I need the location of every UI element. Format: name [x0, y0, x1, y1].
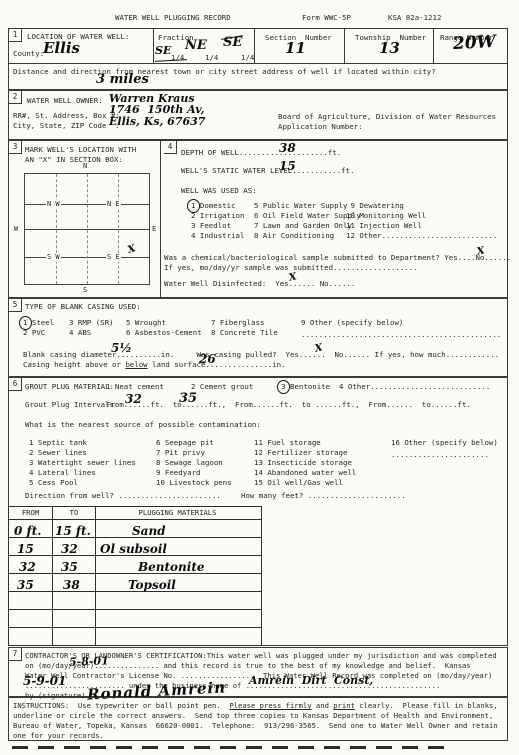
- form-number: Form WWC-5P: [302, 13, 351, 23]
- disinfected-line: Water Well Disinfected: Yes...... No....…: [164, 279, 355, 289]
- grout-intervals-label: Grout Plug Intervals:: [25, 400, 118, 410]
- from-value-handwritten: 0 ft.: [9, 525, 41, 537]
- contamination-option: 11 Fuel storage: [254, 438, 321, 448]
- county-value-handwritten: Ellis: [43, 41, 80, 56]
- interval-from-value-handwritten: 32: [125, 393, 142, 405]
- static-water-level-line: WELL'S STATIC WATER LEVEL...........ft.: [181, 166, 355, 176]
- table-row: 15 32 Ol subsoil: [9, 537, 261, 555]
- section5-casing-box: 5 TYPE OF BLANK CASING USED: 1 Steel 3 R…: [8, 298, 508, 377]
- section7-certification-box: 7 CONTRACTOR'S OR LANDOWNER'S CERTIFICAT…: [8, 647, 508, 697]
- application-number-label: Application Number:: [278, 122, 363, 132]
- use-option: 5 Public Water Supply: [254, 201, 347, 211]
- instructions-text: INSTRUCTIONS: Use typewriter or ball poi…: [13, 701, 229, 710]
- contamination-question: What is the nearest source of possible c…: [25, 420, 261, 430]
- plugging-materials-table: FROM TO PLUGGING MATERIALS 0 ft. 15 ft. …: [8, 506, 262, 646]
- divider: [160, 141, 161, 297]
- form-statute: KSA 82a-1212: [388, 13, 441, 23]
- direction-from-well-label: Direction from well? ...................…: [25, 491, 221, 501]
- casing-option: 9 Other (specify below): [301, 318, 403, 328]
- divider: [153, 29, 154, 63]
- material-cell: Sand: [96, 520, 259, 537]
- scan-artifact-line: [12, 746, 452, 749]
- casing-option: 5 Wrought: [126, 318, 166, 328]
- casing-option: 8 Concrete Tile: [211, 328, 278, 338]
- contamination-option: 8 Sewage lagoon: [156, 458, 223, 468]
- from-value-handwritten: 35: [9, 579, 34, 591]
- compass-south-label: S: [82, 286, 88, 295]
- materials-column-header: PLUGGING MATERIALS: [96, 507, 259, 519]
- casing-option: 4 ABS: [69, 328, 91, 338]
- to-value-handwritten: 15 ft.: [53, 525, 91, 537]
- section3-title-line2: AN "X" IN SECTION BOX:: [25, 155, 123, 165]
- table-header-row: FROM TO PLUGGING MATERIALS: [9, 507, 261, 519]
- to-cell: 35: [53, 556, 96, 573]
- compass-north-label: N: [82, 162, 88, 171]
- section4-number-badge: 4: [164, 141, 177, 154]
- compass-southwest-label: S W: [46, 253, 61, 262]
- to-value-handwritten: 38: [53, 579, 80, 591]
- casing-diameter-value-handwritten: 5½: [111, 342, 132, 354]
- divider: [9, 63, 507, 64]
- from-cell: 15: [9, 538, 53, 555]
- contamination-option: 15 Oil well/Gas well: [254, 478, 343, 488]
- use-option: 3 Feedlot: [191, 221, 231, 231]
- to-cell: 32: [53, 538, 96, 555]
- casing-option: 2 PVC: [23, 328, 45, 338]
- section7-number-badge: 7: [9, 648, 22, 661]
- address-line1-handwritten: 1746 150th Av,: [109, 104, 205, 115]
- divider: [344, 29, 345, 63]
- business-name-handwritten: Amrein Dirt Const,: [249, 675, 373, 686]
- date-completed-handwritten: 5-9-01: [23, 675, 66, 687]
- section1-number-badge: 1: [9, 29, 22, 42]
- circled-answer-domestic: [187, 199, 200, 213]
- range-number-value-handwritten: 20W: [453, 34, 497, 53]
- casing-pulled-no-x-mark-handwritten: X: [314, 343, 324, 354]
- owner-label: WATER WELL OWNER:: [27, 96, 103, 106]
- use-option: 7 Lawn and Garden Only: [254, 221, 352, 231]
- to-cell: 38: [53, 574, 96, 591]
- distance-label: Distance and direction from nearest town…: [13, 67, 436, 77]
- casing-diameter-line: Blank casing diameter..........in. Was c…: [23, 350, 499, 360]
- contamination-option: 13 Insecticide storage: [254, 458, 352, 468]
- casing-height-line: Casing height above or below land surfac…: [23, 360, 286, 370]
- address-line2-handwritten: Ellis, Ks, 67637: [109, 116, 205, 127]
- compass-east-label: E: [151, 225, 157, 234]
- table-row: 0 ft. 15 ft. Sand: [9, 519, 261, 537]
- quarter1-label: 1/4: [171, 53, 184, 63]
- contamination-option: 7 Pit privy: [156, 448, 205, 458]
- quarter3-label: 1/4: [241, 53, 254, 63]
- material-value-handwritten: Bentonite: [96, 561, 205, 573]
- print-underlined: print: [333, 701, 355, 710]
- below-underlined: below: [125, 360, 147, 369]
- from-value-handwritten: 15: [9, 543, 34, 555]
- distance-value-handwritten: 3 miles: [96, 73, 149, 86]
- instructions-line1: INSTRUCTIONS: Use typewriter or ball poi…: [13, 701, 498, 711]
- map-line: [118, 174, 119, 284]
- well-location-x-mark-handwritten: X: [127, 244, 137, 256]
- circled-answer-bentonite: [277, 380, 290, 394]
- date-plugged-handwritten: 5-8-01: [69, 655, 109, 667]
- contamination-option: 1 Septic tank: [29, 438, 87, 448]
- section3-4-box: 3 MARK WELL'S LOCATION WITH AN "X" IN SE…: [8, 140, 508, 298]
- township-number-value-handwritten: 13: [379, 41, 400, 56]
- fraction1-handwritten: SE: [155, 45, 171, 56]
- compass-west-label: W: [13, 225, 19, 234]
- contamination-option: 16 Other (specify below): [391, 438, 498, 448]
- instructions-line2: underline or circle the correct answers.…: [13, 711, 493, 721]
- sample-no-x-mark-handwritten: X: [476, 246, 486, 257]
- from-column-header: FROM: [9, 507, 53, 519]
- section5-number-badge: 5: [9, 299, 22, 312]
- map-line: [56, 174, 57, 284]
- to-cell: 15 ft.: [53, 520, 96, 537]
- grout-option: 4 Other...........................: [339, 382, 490, 392]
- depth-value-handwritten: 38: [279, 142, 296, 154]
- contamination-option: 10 Livestock pens: [156, 478, 232, 488]
- contamination-option: 14 Abandoned water well: [254, 468, 356, 478]
- use-option: 2 Irrigation: [191, 211, 244, 221]
- casing-height-text2: land surface...............in.: [148, 360, 286, 369]
- from-value-handwritten: 32: [9, 561, 36, 573]
- water-well-plugging-record-form: WATER WELL PLUGGING RECORD Form WWC-5P K…: [0, 0, 519, 755]
- use-option: 9 Dewatering: [346, 201, 404, 211]
- compass-northwest-label: N W: [46, 200, 61, 209]
- use-option: 4 Industrial: [191, 231, 244, 241]
- use-option: 11 Injection Well: [346, 221, 422, 231]
- use-option: 6 Oil Field Water Supply: [254, 211, 361, 221]
- from-cell: 32: [9, 556, 53, 573]
- to-column-header: TO: [53, 507, 96, 519]
- section6-grout-box: 6 GROUT PLUG MATERIAL: 1 Neat cement 2 C…: [8, 377, 508, 646]
- material-cell: Topsoil: [96, 574, 259, 591]
- contamination-option: 5 Cess Pool: [29, 478, 78, 488]
- form-title: WATER WELL PLUGGING RECORD: [115, 13, 231, 23]
- grout-option: Bentonite: [290, 382, 330, 392]
- quarter2-label: 1/4: [205, 53, 218, 63]
- use-option: 12 Other..........................: [346, 231, 497, 241]
- interval-to-value-handwritten: 35: [179, 392, 197, 405]
- casing-height-text: Casing height above or: [23, 360, 125, 369]
- material-value-handwritten: Sand: [96, 525, 166, 537]
- instructions-box: INSTRUCTIONS: Use typewriter or ball poi…: [8, 697, 508, 741]
- table-row: 35 38 Topsoil: [9, 573, 261, 591]
- grout-intervals-line: From......ft. to......ft., From......ft.…: [106, 400, 471, 410]
- divider: [433, 29, 434, 63]
- use-option: 8 Air Conditioning: [254, 231, 334, 241]
- casing-option: 6 Asbestos-Cement: [126, 328, 202, 338]
- contamination-option: 2 Sewer lines: [29, 448, 87, 458]
- well-used-as-label: WELL WAS USED AS:: [181, 186, 257, 196]
- section-location-map: N S W E N W N E S W S E X: [24, 173, 150, 285]
- disinfected-yes-x-mark-handwritten: X: [288, 272, 298, 283]
- material-value-handwritten: Ol subsoil: [96, 543, 167, 555]
- section2-number-badge: 2: [9, 91, 22, 104]
- section1-location-box: 1 LOCATION OF WATER WELL: County: Ellis …: [8, 28, 508, 90]
- contamination-other-blank: ......................: [391, 450, 489, 460]
- press-firmly-underlined: Please press firmly: [229, 701, 311, 710]
- county-label: County:: [13, 49, 44, 59]
- section2-owner-box: 2 WATER WELL OWNER: Warren Kraus RR#, St…: [8, 90, 508, 140]
- table-row: 32 35 Bentonite: [9, 555, 261, 573]
- address-line1-label: RR#, St. Address, Box #:: [13, 111, 120, 121]
- casing-option: 7 Fiberglass: [211, 318, 264, 328]
- casing-option: 3 RMP (SR): [69, 318, 114, 328]
- casing-height-value-handwritten: 26: [199, 353, 216, 365]
- section3-title-line1: MARK WELL'S LOCATION WITH: [25, 145, 136, 155]
- instructions-line4: one for your records.: [13, 731, 104, 741]
- section5-title: TYPE OF BLANK CASING USED:: [25, 302, 141, 312]
- contamination-option: 4 Lateral lines: [29, 468, 96, 478]
- from-cell: 35: [9, 574, 53, 591]
- section-number-value-handwritten: 11: [285, 41, 306, 56]
- grout-option: 1 Neat cement: [106, 382, 164, 392]
- table-empty-row: [9, 591, 261, 609]
- to-value-handwritten: 32: [53, 543, 78, 555]
- from-cell: 0 ft.: [9, 520, 53, 537]
- agency-label: Board of Agriculture, Division of Water …: [278, 112, 496, 122]
- table-empty-row: [9, 627, 261, 645]
- depth-of-well-line: DEPTH OF WELL....................ft.: [181, 148, 341, 158]
- instructions-text: and: [312, 701, 334, 710]
- contamination-option: 3 Watertight sewer lines: [29, 458, 136, 468]
- section3-number-badge: 3: [9, 141, 22, 154]
- fraction2-handwritten: NE: [185, 39, 207, 52]
- compass-northeast-label: N E: [106, 200, 121, 209]
- how-many-feet-label: How many feet? ......................: [241, 491, 406, 501]
- address-line2-label: City, State, ZIP Code :: [13, 121, 120, 131]
- contamination-option: 6 Seepage pit: [156, 438, 214, 448]
- material-cell: Bentonite: [96, 556, 259, 573]
- other-casing-blank-line: ........................................…: [301, 330, 501, 340]
- instructions-text: clearly. Please fill in blanks,: [355, 701, 498, 710]
- sample-submitted-line: Was a chemical/bacteriological sample su…: [164, 253, 511, 263]
- to-value-handwritten: 35: [53, 561, 78, 573]
- table-empty-row: [9, 609, 261, 627]
- material-value-handwritten: Topsoil: [96, 579, 176, 591]
- grout-option: 2 Cement grout: [191, 382, 253, 392]
- contamination-option: 9 Feedyard: [156, 468, 201, 478]
- static-level-value-handwritten: 15: [279, 160, 296, 172]
- contamination-option: 12 Fertilizer storage: [254, 448, 347, 458]
- map-line: [87, 174, 88, 284]
- use-option: 10 Monitoring Well: [346, 211, 426, 221]
- compass-southeast-label: S E: [106, 253, 121, 262]
- material-cell: Ol subsoil: [96, 538, 259, 555]
- grout-material-label: GROUT PLUG MATERIAL:: [25, 382, 114, 392]
- instructions-line3: Bureau of Water, Topeka, Kansas 66620-00…: [13, 721, 498, 731]
- section6-number-badge: 6: [9, 378, 22, 391]
